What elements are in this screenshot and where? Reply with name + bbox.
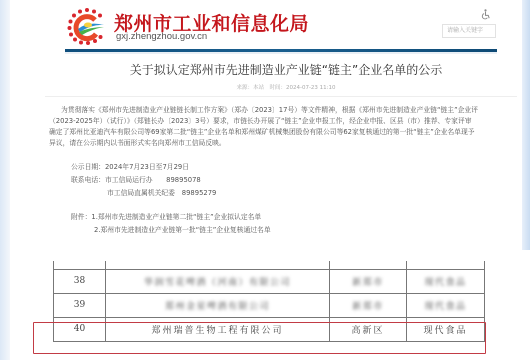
row-number: 38 bbox=[54, 269, 106, 293]
page-content: 郑州市工业和信息化局 gxj.zhengzhou.gov.cn 请输入关键字 关… bbox=[10, 0, 522, 360]
district: 高新区 bbox=[330, 317, 407, 341]
body-paragraph-line: 异议，请在公示期内以书面形式实名向郑州市工信局反映。 bbox=[49, 139, 515, 148]
company-name: 华润雪花啤酒（河南）有限公司 bbox=[106, 269, 330, 293]
header-divider bbox=[65, 49, 497, 52]
meta-divider bbox=[45, 96, 517, 97]
contact-phone-second: 市工信局直属机关纪委 89895279 bbox=[107, 189, 216, 198]
company-name: 郑州瑞普生物工程有限公司 bbox=[106, 317, 330, 341]
attachment-link-1[interactable]: 附件：1.郑州市先进制造业产业链第二批“链主”企业拟认定名单 bbox=[71, 213, 261, 222]
industry: 现代食品 bbox=[407, 293, 485, 317]
table-row: 38 华润雪花啤酒（河南）有限公司 新郑市 现代食品 bbox=[54, 269, 485, 293]
industry: 现代食品 bbox=[407, 269, 485, 293]
left-background-strip bbox=[0, 0, 10, 360]
body-paragraph-line: 确定了郑州比亚迪汽车有限公司等69家第二批“链主”企业名单和郑州煤矿机械集团股份… bbox=[49, 128, 515, 137]
district: 新郑市 bbox=[330, 293, 407, 317]
search-input[interactable]: 请输入关键字 bbox=[442, 24, 496, 38]
table-row-partial bbox=[54, 261, 485, 269]
article-meta: 来源：本站 时间：2024-07-23 11:10 bbox=[10, 83, 522, 91]
body-paragraph-line: 为贯彻落实《郑州市先进制造业产业链链长制工作方案》（郑办〔2023〕17号）等文… bbox=[49, 106, 515, 115]
row-number: 40 bbox=[54, 317, 106, 341]
row-number: 39 bbox=[54, 293, 106, 317]
company-name: 郑州金星啤酒有限公司 bbox=[106, 293, 330, 317]
wheelchair-icon[interactable] bbox=[479, 9, 491, 21]
table-row: 39 郑州金星啤酒有限公司 新郑市 现代食品 bbox=[54, 293, 485, 317]
publicity-period: 公示日期：2024年7月23日至7月29日 bbox=[71, 163, 189, 172]
enterprise-table: 38 华润雪花啤酒（河南）有限公司 新郑市 现代食品 39 郑州金星啤酒有限公司… bbox=[53, 261, 485, 342]
site-url: gxj.zhengzhou.gov.cn bbox=[116, 31, 207, 42]
body-paragraph-line: （2023-2025年）（试行）》（郑链长办〔2023〕3号）要求，市链长办开展… bbox=[49, 117, 515, 126]
table-row-highlighted: 40 郑州瑞普生物工程有限公司 高新区 现代食品 bbox=[54, 317, 485, 341]
site-logo-icon[interactable] bbox=[66, 7, 108, 45]
district: 新郑市 bbox=[330, 269, 407, 293]
enterprise-table-area: 38 华润雪花啤酒（河南）有限公司 新郑市 现代食品 39 郑州金星啤酒有限公司… bbox=[30, 250, 530, 360]
article-title: 关于拟认定郑州市先进制造业产业链“链主”企业名单的公示 bbox=[10, 61, 522, 78]
contact-phone: 联系电话：市工信局运行办 89895078 bbox=[71, 176, 201, 185]
attachment-link-2[interactable]: 2.郑州市先进制造业产业链第一批“链主”企业复核通过名单 bbox=[94, 226, 271, 235]
industry: 现代食品 bbox=[407, 317, 485, 341]
